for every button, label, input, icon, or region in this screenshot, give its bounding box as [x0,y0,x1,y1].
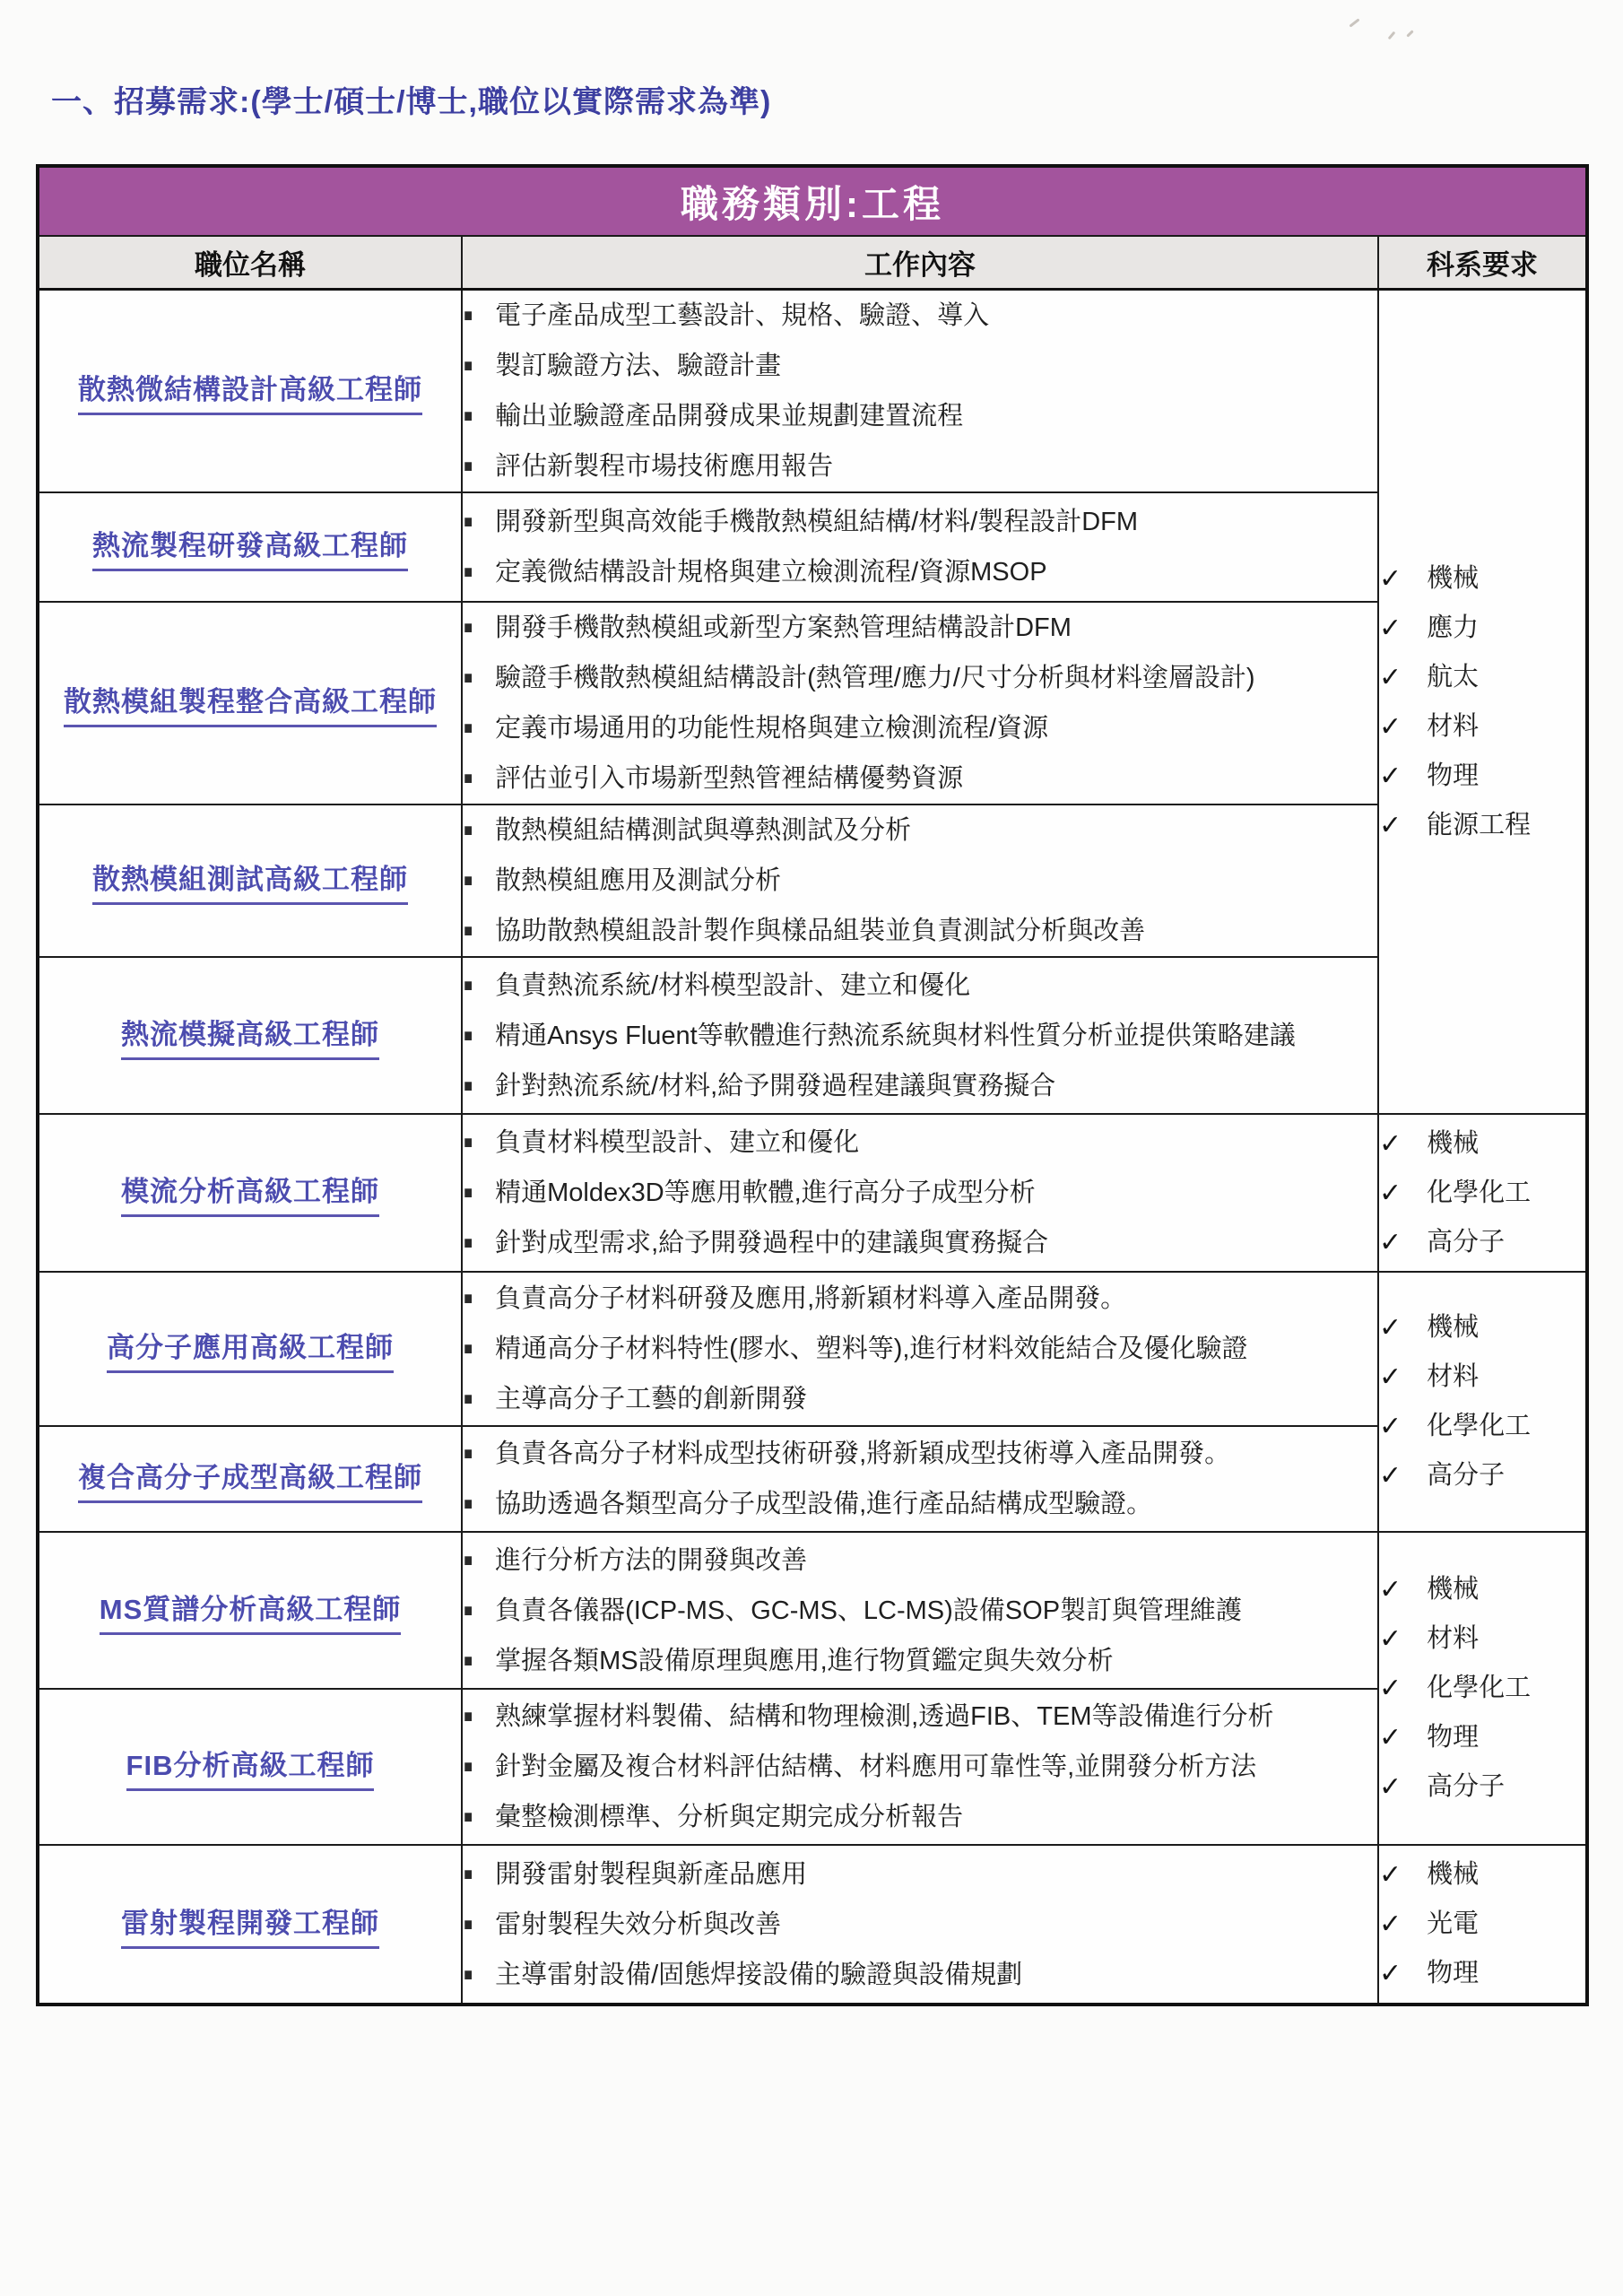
bullet-icon: ■ [464,1126,473,1159]
job-duty-item: ■進行分析方法的開發與改善 [463,1535,1377,1586]
job-duty-text: 協助散熱模組設計製作與樣品組裝並負責測試分析與改善 [495,915,1145,947]
department-item: ✓光電 [1379,1900,1585,1949]
job-duty-text: 針對成型需求,給予開發過程中的建議與實務擬合 [495,1227,1048,1259]
job-content-cell: ■負責各高分子材料成型技術研發,將新穎成型技術導入產品開發。 ■協助透過各類型高… [462,1426,1378,1532]
check-icon: ✓ [1379,554,1402,604]
job-duty-text: 進行分析方法的開發與改善 [495,1544,807,1577]
job-duty-text: 製訂驗證方法、驗證計畫 [495,350,781,382]
check-icon: ✓ [1379,653,1402,702]
job-duty-item: ■協助散熱模組設計製作與樣品組裝並負責測試分析與改善 [463,906,1377,956]
check-icon: ✓ [1379,1900,1402,1949]
job-title-cell: 雷射製程開發工程師 [38,1845,462,2005]
department-label: 高分子 [1427,1762,1505,1812]
job-duty-text: 負責各高分子材料成型技術研發,將新穎成型技術導入產品開發。 [495,1438,1230,1470]
job-duty-text: 散熱模組應用及測試分析 [495,865,781,897]
job-duty-item: ■彙整檢測標準、分析與定期完成分析報告 [463,1792,1377,1842]
department-label: 機械 [1427,1119,1479,1169]
check-icon: ✓ [1379,1352,1402,1402]
job-duty-text: 輸出並驗證產品開發成果並規劃建置流程 [495,400,963,432]
bullet-icon: ■ [464,612,473,644]
table-row: FIB分析高級工程師 ■熟練掌握材料製備、結構和物理檢測,透過FIB、TEM等設… [38,1689,1587,1845]
column-header-department-requirement: 科系要求 [1378,236,1587,290]
bullet-icon: ■ [464,400,473,432]
job-duty-text: 評估並引入市場新型熱管裡結構優勢資源 [495,762,963,795]
table-row: MS質譜分析高級工程師 ■進行分析方法的開發與改善 ■負責各儀器(ICP-MS、… [38,1532,1587,1689]
department-label: 物理 [1427,1713,1479,1762]
department-item: ✓化學化工 [1379,1169,1585,1218]
job-duty-item: ■定義微結構設計規格與建立檢測流程/資源MSOP [463,547,1377,597]
scan-artifact [1406,30,1413,37]
department-item: ✓機械 [1379,1303,1585,1352]
job-duty-text: 協助透過各類型高分子成型設備,進行產品結構成型驗證。 [495,1488,1152,1520]
job-duty-item: ■負責各儀器(ICP-MS、GC-MS、LC-MS)設備SOP製訂與管理維護 [463,1586,1377,1636]
department-item: ✓能源工程 [1379,801,1585,850]
job-duty-item: ■評估並引入市場新型熱管裡結構優勢資源 [463,753,1377,804]
job-title-link[interactable]: FIB分析高級工程師 [126,1743,375,1791]
department-item: ✓材料 [1379,1352,1585,1402]
job-title-link[interactable]: 高分子應用高級工程師 [107,1325,394,1373]
job-title-link[interactable]: 熱流製程研發高級工程師 [92,523,408,571]
job-duty-text: 定義微結構設計規格與建立檢測流程/資源MSOP [495,556,1046,588]
check-icon: ✓ [1379,1169,1402,1218]
job-duty-text: 開發手機散熱模組或新型方案熱管理結構設計DFM [495,612,1072,644]
job-duty-text: 針對金屬及複合材料評估結構、材料應用可靠性等,並開發分析方法 [495,1751,1256,1783]
bullet-icon: ■ [464,865,473,897]
job-duty-text: 定義市場通用的功能性規格與建立檢測流程/資源 [495,712,1048,744]
job-duty-item: ■電子產品成型工藝設計、規格、驗證、導入 [463,291,1377,341]
job-title-cell: 散熱模組測試高級工程師 [38,804,462,957]
job-duty-item: ■負責各高分子材料成型技術研發,將新穎成型技術導入產品開發。 [463,1429,1377,1479]
job-duty-text: 負責各儀器(ICP-MS、GC-MS、LC-MS)設備SOP製訂與管理維護 [495,1595,1242,1627]
bullet-icon: ■ [464,970,473,1002]
job-duty-text: 開發雷射製程與新產品應用 [495,1858,807,1891]
job-duty-item: ■針對成型需求,給予開發過程中的建議與實務擬合 [463,1218,1377,1268]
job-duty-item: ■精通高分子材料特性(膠水、塑料等),進行材料效能結合及優化驗證 [463,1324,1377,1374]
department-label: 航太 [1427,653,1479,702]
bullet-icon: ■ [464,506,473,538]
job-content-cell: ■負責熱流系統/材料模型設計、建立和優化 ■精通Ansys Fluent等軟體進… [462,957,1378,1114]
department-label: 應力 [1427,604,1479,653]
job-duty-item: ■開發手機散熱模組或新型方案熱管理結構設計DFM [463,603,1377,653]
job-duty-item: ■精通Moldex3D等應用軟體,進行高分子成型分析 [463,1168,1377,1218]
job-duty-item: ■開發新型與高效能手機散熱模組結構/材料/製程設計DFM [463,497,1377,547]
job-duty-text: 開發新型與高效能手機散熱模組結構/材料/製程設計DFM [495,506,1138,538]
job-title-cell: 散熱微結構設計高級工程師 [38,290,462,493]
table-row: 熱流製程研發高級工程師 ■開發新型與高效能手機散熱模組結構/材料/製程設計DFM… [38,492,1587,602]
job-duty-item: ■雷射製程失效分析與改善 [463,1900,1377,1950]
job-title-link[interactable]: 雷射製程開發工程師 [121,1900,379,1949]
bullet-icon: ■ [464,1333,473,1365]
job-content-cell: ■開發雷射製程與新產品應用 ■雷射製程失效分析與改善 ■主導雷射設備/固態焊接設… [462,1845,1378,2005]
check-icon: ✓ [1379,1614,1402,1664]
department-item: ✓材料 [1379,1614,1585,1664]
department-item: ✓物理 [1379,1713,1585,1762]
job-content-cell: ■電子產品成型工藝設計、規格、驗證、導入 ■製訂驗證方法、驗證計畫 ■輸出並驗證… [462,290,1378,493]
check-icon: ✓ [1379,702,1402,752]
bullet-icon: ■ [464,450,473,483]
department-item: ✓應力 [1379,604,1585,653]
bullet-icon: ■ [464,1801,473,1833]
bullet-icon: ■ [464,1070,473,1102]
check-icon: ✓ [1379,1713,1402,1762]
job-duty-item: ■評估新製程市場技術應用報告 [463,441,1377,491]
department-item: ✓材料 [1379,702,1585,752]
job-duty-text: 電子產品成型工藝設計、規格、驗證、導入 [495,300,989,332]
bullet-icon: ■ [464,350,473,382]
job-title-cell: 散熱模組製程整合高級工程師 [38,602,462,804]
job-duty-item: ■針對金屬及複合材料評估結構、材料應用可靠性等,並開發分析方法 [463,1742,1377,1792]
job-duty-text: 精通Moldex3D等應用軟體,進行高分子成型分析 [495,1177,1036,1209]
bullet-icon: ■ [464,1227,473,1259]
job-duty-item: ■散熱模組結構測試與導熱測試及分析 [463,805,1377,856]
job-duty-item: ■定義市場通用的功能性規格與建立檢測流程/資源 [463,703,1377,753]
table-row: 雷射製程開發工程師 ■開發雷射製程與新產品應用 ■雷射製程失效分析與改善 ■主導… [38,1845,1587,2005]
department-cell: ✓機械 ✓材料 ✓化學化工 ✓高分子 [1378,1272,1587,1532]
bullet-icon: ■ [464,1283,473,1315]
job-title-link[interactable]: 散熱模組製程整合高級工程師 [64,679,437,727]
check-icon: ✓ [1379,1664,1402,1713]
department-label: 能源工程 [1427,801,1531,850]
bullet-icon: ■ [464,1909,473,1941]
job-content-cell: ■熟練掌握材料製備、結構和物理檢測,透過FIB、TEM等設備進行分析 ■針對金屬… [462,1689,1378,1845]
bullet-icon: ■ [464,915,473,947]
table-row: 複合高分子成型高級工程師 ■負責各高分子材料成型技術研發,將新穎成型技術導入產品… [38,1426,1587,1532]
bullet-icon: ■ [464,556,473,588]
job-title-link[interactable]: 複合高分子成型高級工程師 [78,1455,422,1503]
job-duty-text: 精通Ansys Fluent等軟體進行熱流系統與材料性質分析並提供策略建議 [495,1020,1296,1052]
table-row: 高分子應用高級工程師 ■負責高分子材料研發及應用,將新穎材料導入產品開發。 ■精… [38,1272,1587,1426]
job-duty-text: 負責熱流系統/材料模型設計、建立和優化 [495,970,970,1002]
bullet-icon: ■ [464,1959,473,1991]
bullet-icon: ■ [464,712,473,744]
department-cell: ✓機械 ✓化學化工 ✓高分子 [1378,1114,1587,1272]
department-label: 化學化工 [1427,1664,1531,1713]
job-duty-item: ■開發雷射製程與新產品應用 [463,1849,1377,1900]
job-duty-item: ■散熱模組應用及測試分析 [463,856,1377,906]
job-duty-item: ■負責材料模型設計、建立和優化 [463,1118,1377,1168]
department-label: 機械 [1427,1565,1479,1614]
job-content-cell: ■負責高分子材料研發及應用,將新穎材料導入產品開發。 ■精通高分子材料特性(膠水… [462,1272,1378,1426]
job-duty-item: ■輸出並驗證產品開發成果並規劃建置流程 [463,391,1377,441]
check-icon: ✓ [1379,1565,1402,1614]
job-title-link[interactable]: 散熱模組測試高級工程師 [92,857,408,905]
job-title-cell: 熱流製程研發高級工程師 [38,492,462,602]
department-item: ✓航太 [1379,653,1585,702]
job-content-cell: ■開發新型與高效能手機散熱模組結構/材料/製程設計DFM ■定義微結構設計規格與… [462,492,1378,602]
scan-artifact [1388,31,1396,40]
job-duty-text: 熟練掌握材料製備、結構和物理檢測,透過FIB、TEM等設備進行分析 [495,1700,1273,1733]
department-cell: ✓機械 ✓光電 ✓物理 [1378,1845,1587,2005]
section-heading: 一、招募需求:(學士/碩士/博士,職位以實際需求為準) [51,77,771,121]
job-duty-item: ■熟練掌握材料製備、結構和物理檢測,透過FIB、TEM等設備進行分析 [463,1692,1377,1742]
department-label: 材料 [1427,702,1479,752]
department-item: ✓機械 [1379,1565,1585,1614]
table-row: 熱流模擬高級工程師 ■負責熱流系統/材料模型設計、建立和優化 ■精通Ansys … [38,957,1587,1114]
check-icon: ✓ [1379,1402,1402,1451]
job-duty-item: ■負責熱流系統/材料模型設計、建立和優化 [463,961,1377,1011]
job-duty-text: 精通高分子材料特性(膠水、塑料等),進行材料效能結合及優化驗證 [495,1333,1247,1365]
job-duty-item: ■主導雷射設備/固態焊接設備的驗證與設備規劃 [463,1950,1377,2000]
job-duty-text: 針對熱流系統/材料,給予開發過程建議與實務擬合 [495,1070,1055,1102]
job-content-cell: ■負責材料模型設計、建立和優化 ■精通Moldex3D等應用軟體,進行高分子成型… [462,1114,1378,1272]
bullet-icon: ■ [464,1383,473,1415]
job-title-cell: MS質譜分析高級工程師 [38,1532,462,1689]
department-item: ✓高分子 [1379,1762,1585,1812]
department-item: ✓物理 [1379,1949,1585,1998]
department-item: ✓化學化工 [1379,1402,1585,1451]
check-icon: ✓ [1379,752,1402,801]
bullet-icon: ■ [464,1858,473,1891]
bullet-icon: ■ [464,1544,473,1577]
job-title-link[interactable]: 熱流模擬高級工程師 [121,1012,379,1060]
bullet-icon: ■ [464,1595,473,1627]
bullet-icon: ■ [464,1751,473,1783]
job-duty-text: 負責高分子材料研發及應用,將新穎材料導入產品開發。 [495,1283,1126,1315]
job-title-cell: 複合高分子成型高級工程師 [38,1426,462,1532]
column-header-job-content: 工作內容 [462,236,1378,290]
column-header-job-title: 職位名稱 [38,236,462,290]
scan-artifact [1349,18,1359,27]
job-content-cell: ■進行分析方法的開發與改善 ■負責各儀器(ICP-MS、GC-MS、LC-MS)… [462,1532,1378,1689]
bullet-icon: ■ [464,762,473,795]
check-icon: ✓ [1379,1218,1402,1267]
department-item: ✓物理 [1379,752,1585,801]
job-duty-item: ■精通Ansys Fluent等軟體進行熱流系統與材料性質分析並提供策略建議 [463,1011,1377,1061]
bullet-icon: ■ [464,1645,473,1677]
job-duty-text: 彙整檢測標準、分析與定期完成分析報告 [495,1801,963,1833]
department-item: ✓機械 [1379,554,1585,604]
department-item: ✓高分子 [1379,1451,1585,1500]
department-label: 高分子 [1427,1451,1505,1500]
bullet-icon: ■ [464,1020,473,1052]
job-duty-item: ■驗證手機散熱模組結構設計(熱管理/應力/尺寸分析與材料塗層設計) [463,653,1377,703]
scanned-document-page: 一、招募需求:(學士/碩士/博士,職位以實際需求為準) 職務類別:工程 職位名稱… [0,0,1623,2296]
bullet-icon: ■ [464,1438,473,1470]
job-duty-item: ■主導高分子工藝的創新開發 [463,1374,1377,1424]
bullet-icon: ■ [464,814,473,847]
job-title-link[interactable]: 模流分析高級工程師 [121,1169,379,1217]
department-label: 機械 [1427,1850,1479,1900]
check-icon: ✓ [1379,1303,1402,1352]
bullet-icon: ■ [464,300,473,332]
table-row: 模流分析高級工程師 ■負責材料模型設計、建立和優化 ■精通Moldex3D等應用… [38,1114,1587,1272]
job-duty-text: 散熱模組結構測試與導熱測試及分析 [495,814,911,847]
table-row: 散熱模組製程整合高級工程師 ■開發手機散熱模組或新型方案熱管理結構設計DFM ■… [38,602,1587,804]
department-item: ✓化學化工 [1379,1664,1585,1713]
department-label: 物理 [1427,752,1479,801]
job-duty-item: ■針對熱流系統/材料,給予開發過程建議與實務擬合 [463,1061,1377,1111]
department-label: 機械 [1427,554,1479,604]
recruitment-table: 職務類別:工程 職位名稱 工作內容 科系要求 散熱微結構設計高級工程師 ■電子產… [36,164,1589,2006]
check-icon: ✓ [1379,1949,1402,1998]
job-title-cell: FIB分析高級工程師 [38,1689,462,1845]
job-content-cell: ■開發手機散熱模組或新型方案熱管理結構設計DFM ■驗證手機散熱模組結構設計(熱… [462,602,1378,804]
job-title-cell: 高分子應用高級工程師 [38,1272,462,1426]
department-item: ✓機械 [1379,1119,1585,1169]
job-duty-item: ■製訂驗證方法、驗證計畫 [463,341,1377,391]
department-item: ✓高分子 [1379,1218,1585,1267]
bullet-icon: ■ [464,1488,473,1520]
department-cell: ✓機械 ✓應力 ✓航太 ✓材料 ✓物理 ✓能源工程 [1378,290,1587,1115]
check-icon: ✓ [1379,801,1402,850]
department-label: 光電 [1427,1900,1479,1949]
department-label: 化學化工 [1427,1402,1531,1451]
job-duty-item: ■掌握各類MS設備原理與應用,進行物質鑑定與失效分析 [463,1636,1377,1686]
department-cell: ✓機械 ✓材料 ✓化學化工 ✓物理 ✓高分子 [1378,1532,1587,1845]
job-content-cell: ■散熱模組結構測試與導熱測試及分析 ■散熱模組應用及測試分析 ■協助散熱模組設計… [462,804,1378,957]
table-row: 散熱模組測試高級工程師 ■散熱模組結構測試與導熱測試及分析 ■散熱模組應用及測試… [38,804,1587,957]
job-duty-text: 驗證手機散熱模組結構設計(熱管理/應力/尺寸分析與材料塗層設計) [495,662,1254,694]
job-duty-text: 負責材料模型設計、建立和優化 [495,1126,859,1159]
job-duty-text: 掌握各類MS設備原理與應用,進行物質鑑定與失效分析 [495,1645,1114,1677]
check-icon: ✓ [1379,1451,1402,1500]
department-label: 材料 [1427,1352,1479,1402]
department-label: 機械 [1427,1303,1479,1352]
department-item: ✓機械 [1379,1850,1585,1900]
job-title-link[interactable]: MS質譜分析高級工程師 [100,1587,402,1635]
department-label: 物理 [1427,1949,1479,1998]
job-duty-item: ■協助透過各類型高分子成型設備,進行產品結構成型驗證。 [463,1479,1377,1529]
job-title-link[interactable]: 散熱微結構設計高級工程師 [78,367,422,415]
bullet-icon: ■ [464,662,473,694]
bullet-icon: ■ [464,1177,473,1209]
job-duty-text: 雷射製程失效分析與改善 [495,1909,781,1941]
department-label: 化學化工 [1427,1169,1531,1218]
job-title-cell: 熱流模擬高級工程師 [38,957,462,1114]
job-duty-text: 評估新製程市場技術應用報告 [495,450,833,483]
bullet-icon: ■ [464,1700,473,1733]
job-title-cell: 模流分析高級工程師 [38,1114,462,1272]
department-label: 高分子 [1427,1218,1505,1267]
check-icon: ✓ [1379,604,1402,653]
job-duty-text: 主導雷射設備/固態焊接設備的驗證與設備規劃 [495,1959,1022,1991]
job-duty-item: ■負責高分子材料研發及應用,將新穎材料導入產品開發。 [463,1274,1377,1324]
check-icon: ✓ [1379,1850,1402,1900]
check-icon: ✓ [1379,1119,1402,1169]
table-row: 散熱微結構設計高級工程師 ■電子產品成型工藝設計、規格、驗證、導入 ■製訂驗證方… [38,290,1587,493]
job-category-banner: 職務類別:工程 [38,166,1587,236]
check-icon: ✓ [1379,1762,1402,1812]
job-duty-text: 主導高分子工藝的創新開發 [495,1383,807,1415]
department-label: 材料 [1427,1614,1479,1664]
